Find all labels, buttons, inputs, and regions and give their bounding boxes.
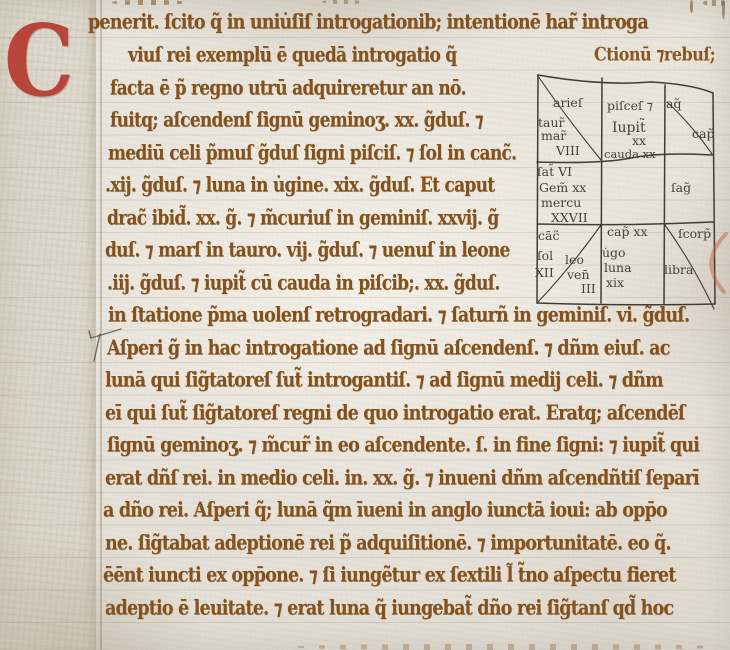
manuscript-text-line: viuſ rei exemplū ē quedā introgatio q̃ — [128, 44, 457, 68]
manuscript-text-line: ēēnt iuncti ex opp̄one. ⁊ ſi iungẽtur ex… — [103, 564, 676, 588]
cut-off-line-bottom — [298, 644, 712, 650]
rubricated-initial-c: C — [4, 16, 74, 116]
diagram-label-sol-degrees: XII — [535, 265, 554, 280]
diagram-label-sagittarius: ſag̃ — [671, 180, 691, 195]
letter-fragment — [690, 0, 693, 13]
manuscript-text-line: fuitq; aſcendenſ ſignū geminoʒ. xx. g̃du… — [110, 109, 483, 133]
diagram-label-mercury: mercu — [541, 195, 581, 210]
diagram-label-luna: luna — [604, 260, 632, 275]
manuscript-page: C penerit. ſcito q̃ in uniu̇ſiſ introgat… — [0, 0, 730, 650]
diagram-label-gemini: Gem̃ xx — [539, 180, 586, 195]
letter-fragment — [722, 0, 725, 19]
diagram-label-libra: libra — [664, 262, 694, 277]
manuscript-text-line: lunā qui ſig̃tatoreſ ſut̃ introgantiſ. ⁊… — [105, 369, 663, 393]
diagram-label-capricorn: cap̃ — [692, 126, 714, 141]
manuscript-text-line: .iij. g̃duſ. ⁊ iupit̃ cū cauda in piſcib… — [107, 272, 500, 296]
diagram-label-mars-degrees: VIII — [555, 143, 580, 158]
horoscope-diagram: arieſ taur̃ mar̃ VIII piſceſ ⁊ Iupit̃ xx… — [531, 62, 721, 310]
diagram-label-venus: ven̄ — [566, 267, 590, 282]
manuscript-text-line: adeptio ē leuitate. ⁊ erat luna q̃ iunge… — [105, 597, 673, 621]
red-margin-mark — [696, 232, 730, 296]
manuscript-text-line: facta ē p̃ regno utrū adquireretur an nō… — [110, 77, 466, 101]
manuscript-text-line: a dño rei. Aſperi q̃; lunā q̃m īueni in … — [103, 499, 667, 523]
letter-fragment — [112, 0, 184, 5]
diagram-label-cauda-draconis: cauda xx — [604, 147, 656, 161]
manuscript-text-line: drac̃ ibid̃. xx. g̃. ⁊ m̃curiuſ in gemin… — [107, 207, 499, 231]
diagram-label-cancer: cāc̃ — [538, 228, 559, 243]
manuscript-text-line: Aſperi g̃ in hac introgatione ad ſignū a… — [107, 337, 670, 361]
manuscript-text-line: mediū celi p̃muſ g̃duſ ſigni piſciſ. ⁊ ſ… — [108, 142, 516, 166]
diagram-label-pisces: piſceſ ⁊ — [607, 98, 653, 113]
manuscript-text-line: penerit. ſcito q̃ in uniu̇ſiſ introgatio… — [88, 11, 648, 35]
manuscript-text-line: erat dñſ rei. in medio celi. in. xx. g̃.… — [105, 467, 699, 491]
diagram-label-leo: leo — [565, 252, 584, 267]
diagram-label-sol: ſol — [537, 248, 553, 263]
diagram-label-mars: mar̃ — [541, 128, 566, 143]
manuscript-text-line: ſignū geminoʒ. ⁊ m̃cur̃ in eo aſcendente… — [107, 434, 699, 458]
diagram-label-caput-draconis: cap̃ xx — [607, 224, 648, 239]
manuscript-text-line: eī qui ſut̃ ſig̃tatoreſ regni de quo int… — [105, 402, 685, 426]
manuscript-text-line: .xij. g̃duſ. ⁊ luna in u̇gine. xix. g̃du… — [105, 174, 494, 198]
diagram-label-jupiter-degrees: xx — [632, 133, 646, 148]
diagram-label-virgo: u̇go — [602, 245, 626, 260]
manuscript-text-line: ne. ſig̃tabat adeptionē rei p̃ adquiſiti… — [105, 532, 671, 556]
manuscript-text-line: duſ. ⁊ marſ in tauro. vij. g̃duſ. ⁊ uenu… — [105, 239, 510, 263]
diagram-label-saturn: ſat̃ VI — [537, 163, 572, 179]
diagram-label-mercury-degrees: XXVII — [551, 210, 588, 225]
diagram-label-aries: arieſ — [553, 95, 584, 110]
diagram-label-aquarius: aq̃ — [666, 96, 681, 111]
diagram-label-venus-degrees: III — [581, 281, 596, 296]
letter-fragment — [322, 0, 364, 4]
nota-mark — [88, 316, 124, 362]
diagram-label-luna-degrees: xix — [606, 275, 624, 290]
